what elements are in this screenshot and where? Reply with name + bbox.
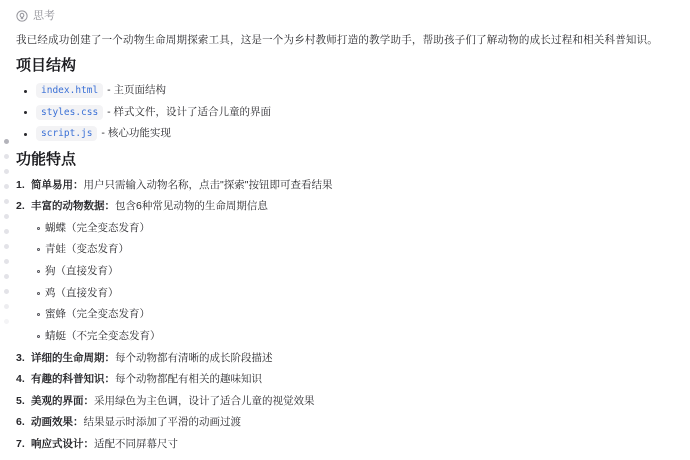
feature-label: 详细的生命周期： — [31, 352, 115, 364]
feature-label: 动画效果： — [31, 416, 84, 428]
inline-code-filename: index.html — [36, 83, 103, 98]
scroll-dot — [4, 214, 9, 219]
feature-row: 6. 动画效果：结果显示时添加了平滑的动画过渡 — [16, 412, 674, 434]
thinking-toggle[interactable]: 思考 — [16, 9, 55, 23]
animal-sublist: 蝴蝶（完全变态发育）青蛙（变态发育）狗（直接发育）鸡（直接发育）蜜蜂（完全变态发… — [16, 218, 674, 348]
animal-sublist-item: 鸡（直接发育） — [16, 283, 674, 305]
feature-list-item: 4. 有趣的科普知识：每个动物都配有相关的趣味知识 — [16, 369, 674, 391]
feature-description: 适配不同屏幕尺寸 — [94, 438, 178, 450]
scroll-dot — [4, 154, 9, 159]
heading-features: 功能特点 — [16, 151, 674, 169]
feature-row: 7. 响应式设计：适配不同屏幕尺寸 — [16, 434, 674, 456]
summary-text: 我已经成功创建了一个动物生命周期探索工具，这是一个为乡村教师打造的教学助手，帮助… — [16, 33, 674, 48]
scroll-dots — [4, 139, 9, 324]
feature-list: 1. 简单易用：用户只需输入动物名称，点击"探索"按钮即可查看结果2. 丰富的动… — [16, 175, 674, 456]
feature-label: 丰富的动物数据： — [31, 200, 115, 212]
feature-list-item: 7. 响应式设计：适配不同屏幕尺寸 — [16, 434, 674, 456]
animal-sublist-item: 青蛙（变态发育） — [16, 239, 674, 261]
animal-sublist-item: 蜻蜓（不完全变态发育） — [16, 326, 674, 348]
scroll-dot — [4, 184, 9, 189]
file-description: - 样式文件，设计了适合儿童的界面 — [104, 106, 271, 118]
feature-label: 响应式设计： — [31, 438, 94, 450]
thinking-label: 思考 — [33, 9, 55, 23]
animal-sublist-item: 蝴蝶（完全变态发育） — [16, 218, 674, 240]
feature-list-item: 3. 详细的生命周期：每个动物都有清晰的成长阶段描述 — [16, 348, 674, 370]
feature-label: 有趣的科普知识： — [31, 373, 115, 385]
file-description: - 核心功能实现 — [98, 127, 170, 139]
feature-description: 用户只需输入动物名称，点击"探索"按钮即可查看结果 — [84, 179, 333, 191]
feature-description: 结果显示时添加了平滑的动画过渡 — [84, 416, 242, 428]
feature-row: 1. 简单易用：用户只需输入动物名称，点击"探索"按钮即可查看结果 — [16, 175, 674, 197]
feature-number: 4. — [16, 369, 31, 391]
scroll-dot — [4, 259, 9, 264]
file-list-item: styles.css - 样式文件，设计了适合儿童的界面 — [16, 102, 674, 124]
scroll-dot — [4, 229, 9, 234]
feature-list-item: 5. 美观的界面：采用绿色为主色调，设计了适合儿童的视觉效果 — [16, 391, 674, 413]
feature-label: 简单易用： — [31, 179, 84, 191]
file-list: index.html - 主页面结构styles.css - 样式文件，设计了适… — [16, 80, 674, 145]
feature-row: 4. 有趣的科普知识：每个动物都配有相关的趣味知识 — [16, 369, 674, 391]
feature-number: 5. — [16, 391, 31, 413]
feature-description: 采用绿色为主色调，设计了适合儿童的视觉效果 — [94, 395, 315, 407]
file-list-item: script.js - 核心功能实现 — [16, 123, 674, 145]
feature-number: 2. — [16, 196, 31, 218]
feature-list-item: 2. 丰富的动物数据：包含6种常见动物的生命周期信息蝴蝶（完全变态发育）青蛙（变… — [16, 196, 674, 348]
feature-number: 1. — [16, 175, 31, 197]
feature-number: 7. — [16, 434, 31, 456]
inline-code-filename: script.js — [36, 126, 97, 141]
feature-number: 6. — [16, 412, 31, 434]
animal-sublist-item: 狗（直接发育） — [16, 261, 674, 283]
feature-description: 每个动物都有清晰的成长阶段描述 — [115, 352, 273, 364]
heading-project-structure: 项目结构 — [16, 57, 674, 75]
feature-list-item: 1. 简单易用：用户只需输入动物名称，点击"探索"按钮即可查看结果 — [16, 175, 674, 197]
animal-sublist-item: 蜜蜂（完全变态发育） — [16, 304, 674, 326]
file-list-item: index.html - 主页面结构 — [16, 80, 674, 102]
scroll-dot — [4, 319, 9, 324]
feature-list-item: 6. 动画效果：结果显示时添加了平滑的动画过渡 — [16, 412, 674, 434]
feature-row: 3. 详细的生命周期：每个动物都有清晰的成长阶段描述 — [16, 348, 674, 370]
scroll-dot — [4, 244, 9, 249]
scroll-dot — [4, 304, 9, 309]
feature-row: 2. 丰富的动物数据：包含6种常见动物的生命周期信息 — [16, 196, 674, 218]
scroll-dot — [4, 289, 9, 294]
lightbulb-circle-icon — [16, 10, 28, 22]
feature-description: 包含6种常见动物的生命周期信息 — [115, 200, 268, 212]
scroll-dot — [4, 139, 9, 144]
scroll-dot — [4, 274, 9, 279]
scroll-dot — [4, 199, 9, 204]
inline-code-filename: styles.css — [36, 105, 103, 120]
feature-number: 3. — [16, 348, 31, 370]
scroll-dot — [4, 169, 9, 174]
feature-description: 每个动物都配有相关的趣味知识 — [115, 373, 262, 385]
feature-label: 美观的界面： — [31, 395, 94, 407]
assistant-message: 思考 我已经成功创建了一个动物生命周期探索工具，这是一个为乡村教师打造的教学助手… — [0, 0, 690, 460]
file-description: - 主页面结构 — [104, 84, 166, 96]
feature-row: 5. 美观的界面：采用绿色为主色调，设计了适合儿童的视觉效果 — [16, 391, 674, 413]
